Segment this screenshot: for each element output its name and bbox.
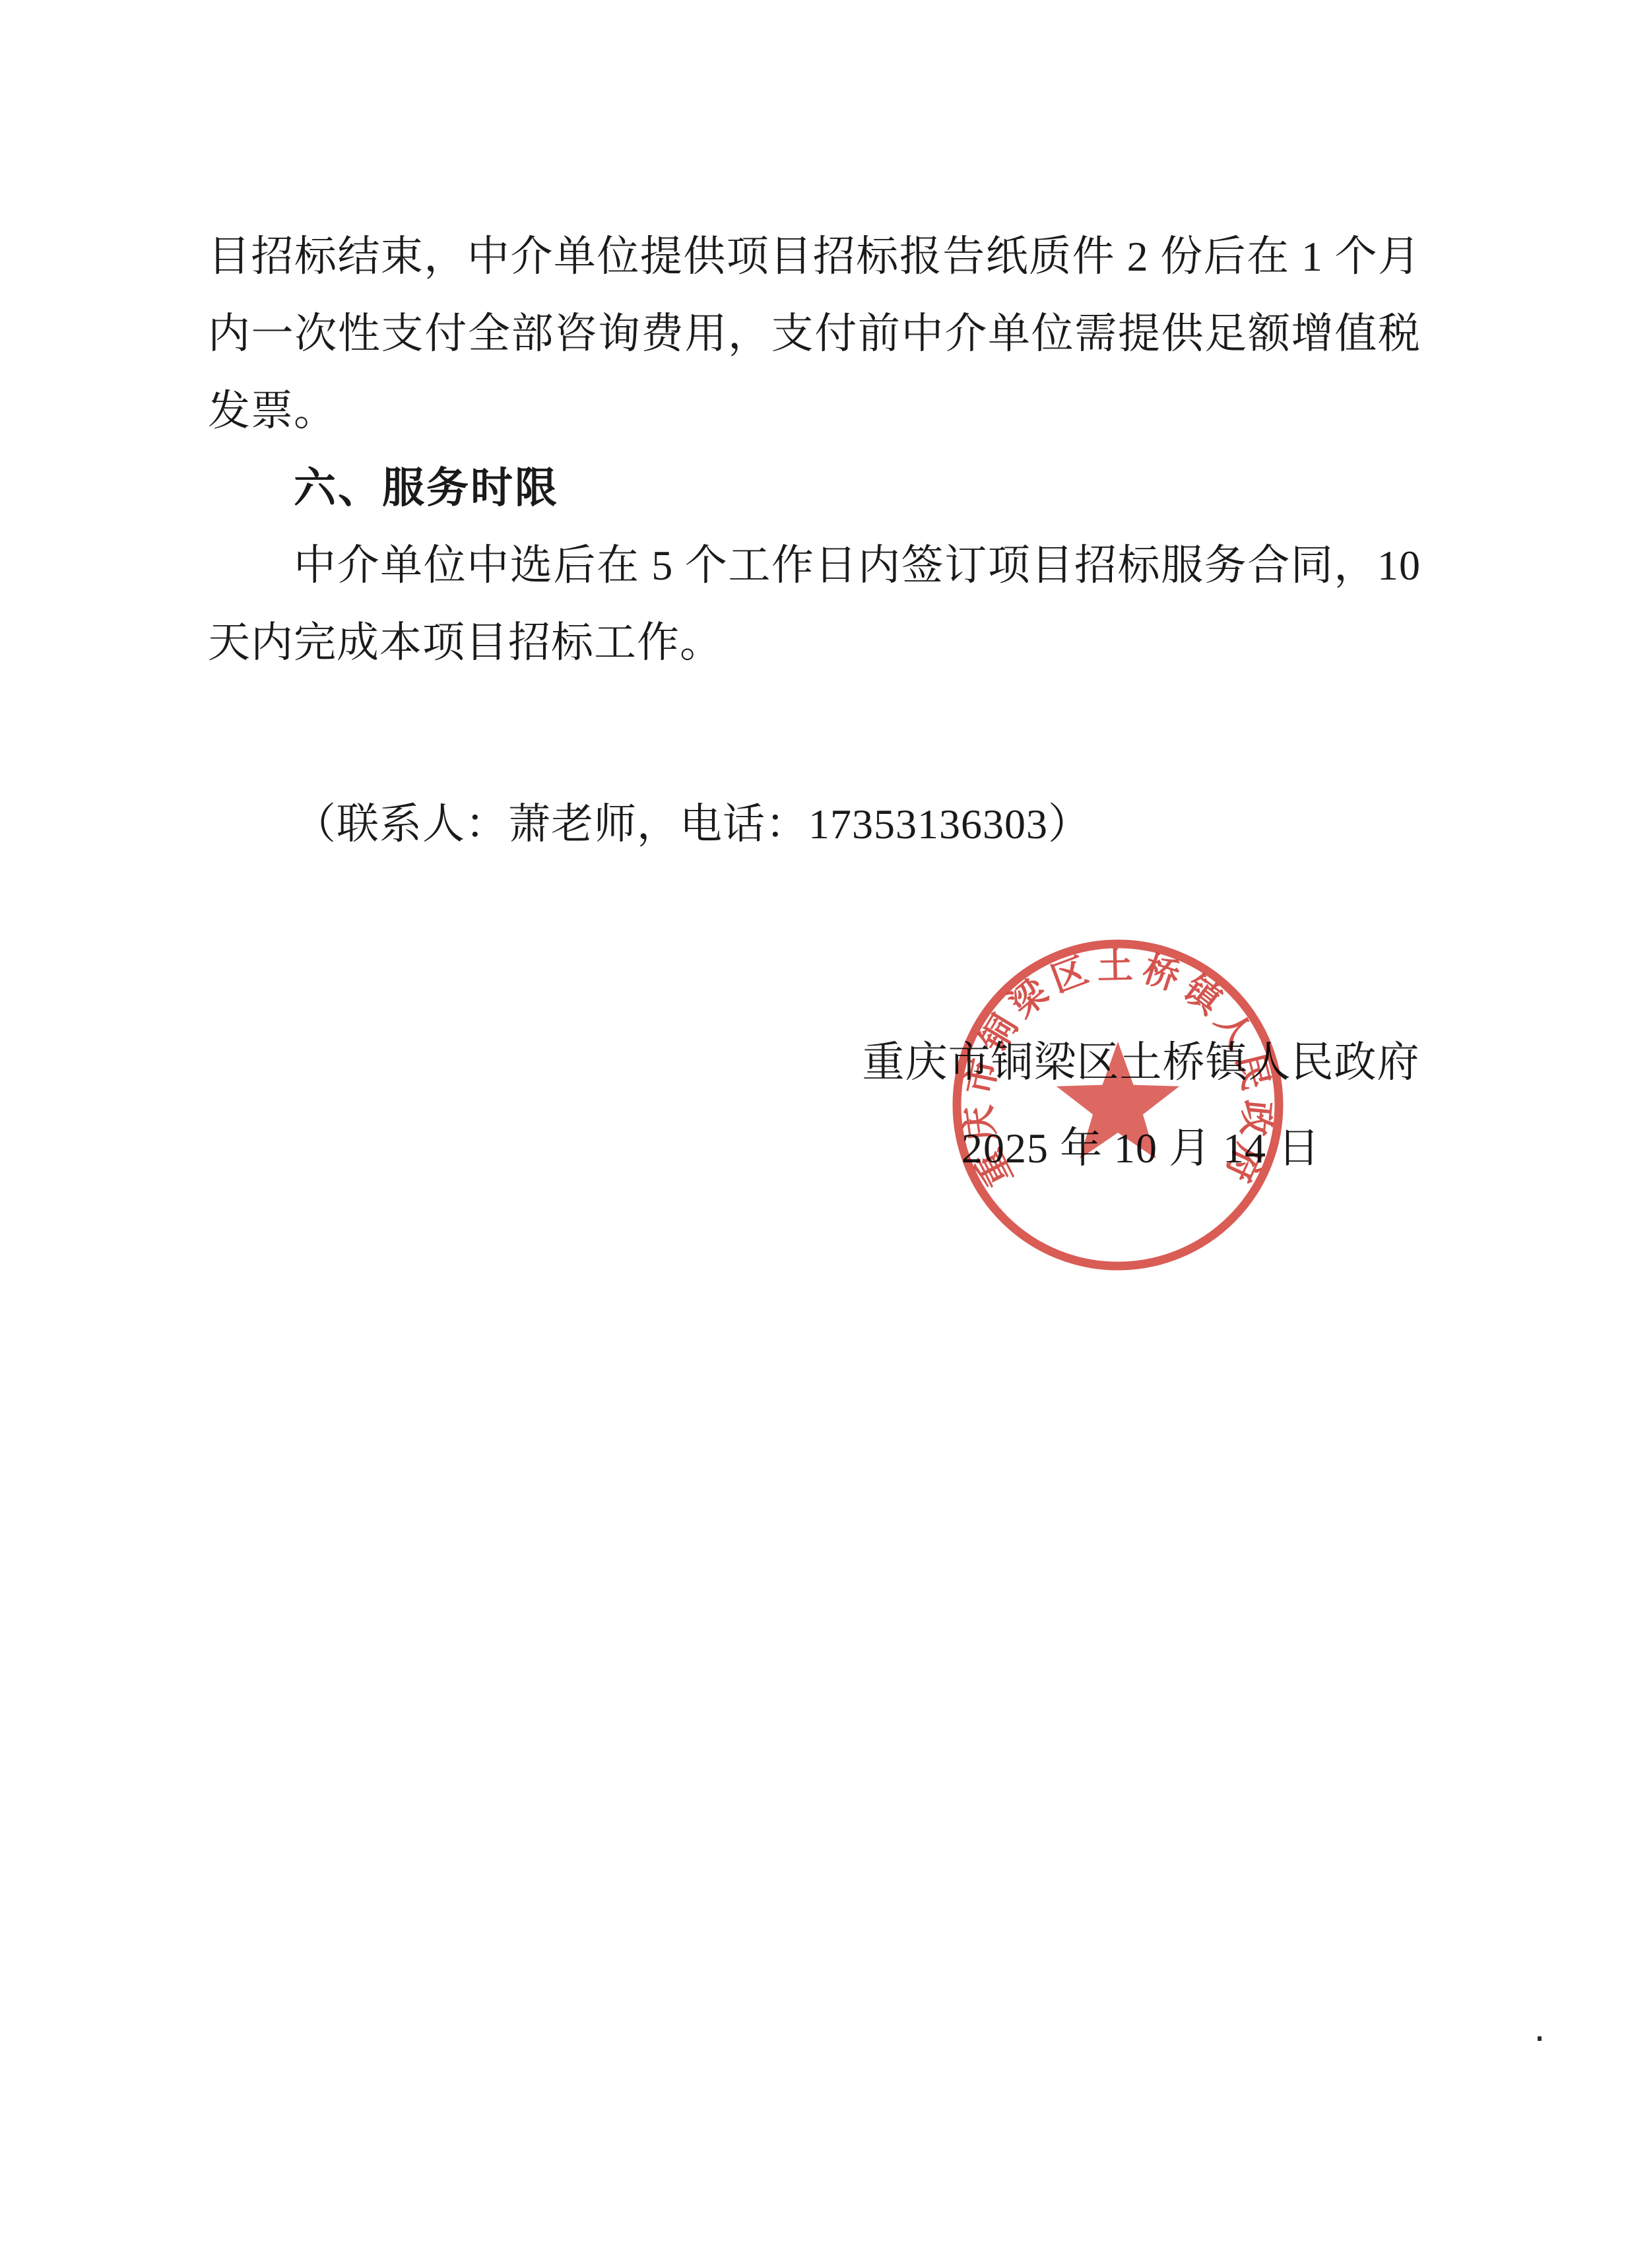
- issue-date: 2025 年 10 月 14 日: [861, 1106, 1421, 1191]
- paragraph1-line1: 目招标结束，中介单位提供项目招标报告纸质件 2 份后在 1 个月: [208, 218, 1421, 295]
- paragraph1-line2: 内一次性支付全部咨询费用，支付前中介单位需提供足额增值税: [208, 295, 1421, 372]
- document-body: 目招标结束，中介单位提供项目招标报告纸质件 2 份后在 1 个月 内一次性支付全…: [208, 218, 1421, 863]
- contact-line: （联系人：萧老师，电话：17353136303）: [208, 785, 1421, 863]
- paragraph2-line1: 中介单位中选后在 5 个工作日内签订项目招标服务合同，10: [208, 527, 1421, 604]
- document-page: 目招标结束，中介单位提供项目招标报告纸质件 2 份后在 1 个月 内一次性支付全…: [0, 0, 1628, 2268]
- issuer-name: 重庆市铜梁区土桥镇人民政府: [861, 1020, 1421, 1106]
- signature-block: 重庆市铜梁区土桥镇人民政府 2025 年 10 月 14 日: [861, 1020, 1421, 1191]
- section-heading: 六、服务时限: [208, 450, 1421, 527]
- paragraph2-line2: 天内完成本项目招标工作。: [208, 604, 1421, 681]
- paragraph1-line3: 发票。: [208, 372, 1421, 450]
- ink-speck: [1538, 2036, 1542, 2041]
